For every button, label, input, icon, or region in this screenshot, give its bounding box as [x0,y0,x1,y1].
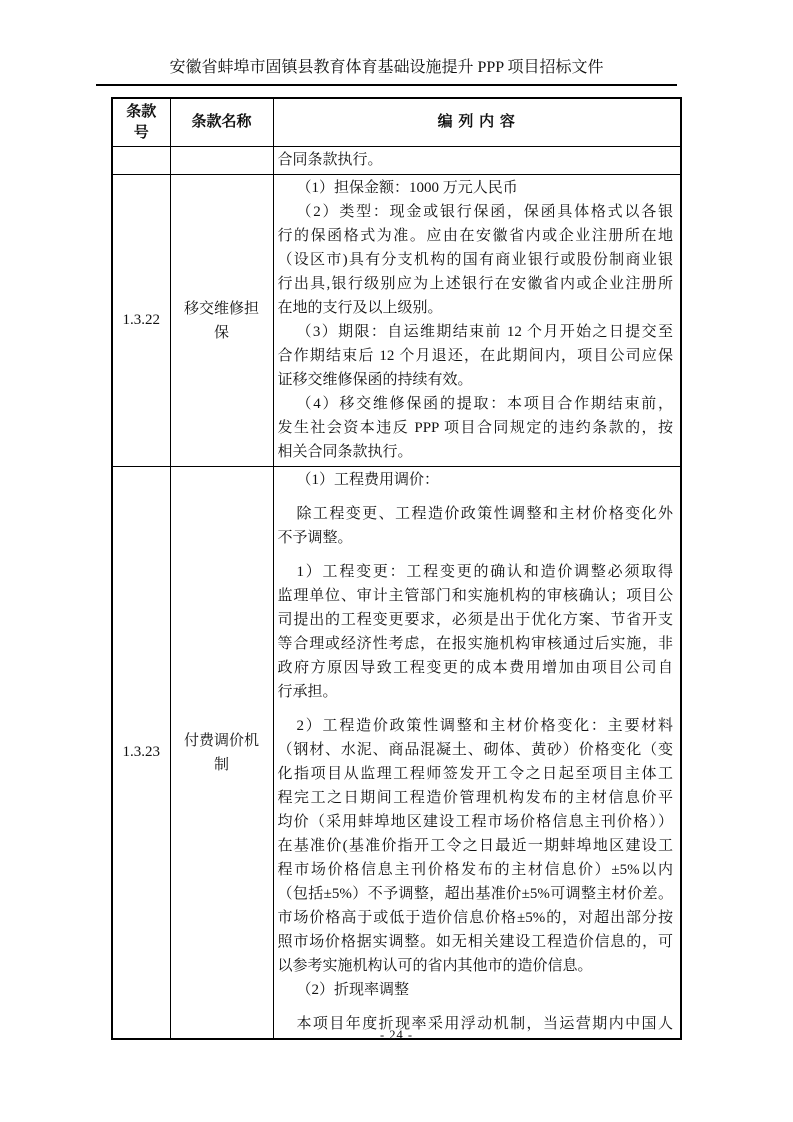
content-line: 市场价格高于或低于造价信息价格±5%的，对超出部分按 [278,906,674,930]
column-header-clause-no: 条款号 [112,98,170,147]
content-line: 行承担。 [278,680,674,704]
content-paragraph: （2）折现率调整 [278,978,674,1002]
clause-name-cell: 移交维修担保 [170,175,273,467]
content-line: 发生社会资本违反 PPP 项目合同规定的违约条款的，按 [278,416,674,440]
content-paragraph: （2）类型：现金或银行保函，保函具体格式以各银行的保函格式为准。应由在安徽省内或… [278,200,674,320]
page-number: - 24 - [0,1028,793,1043]
content-line: 以参考实施机构认可的省内其他市的造价信息。 [278,954,674,978]
content-line: 除工程变更、工程造价政策性调整和主材价格变化外 [278,502,674,526]
content-line: 照市场价格据实调整。如无相关建设工程造价信息的，可 [278,930,674,954]
content-line: 程完工之日期间工程造价管理机构发布的主材信息价平 [278,786,674,810]
clauses-table: 条款号 条款名称 编 列 内 容 合同条款执行。1.3.22移交维修担保（1）担… [111,97,682,1040]
clause-name-cell: 付费调价机制 [170,467,273,1040]
content-line: 不予调整。 [278,526,674,550]
content-paragraph: （3）期限：自运维期结束前 12 个月开始之日提交至合作期结束后 12 个月退还… [278,320,674,392]
table-row: 1.3.23付费调价机制（1）工程费用调价：除工程变更、工程造价政策性调整和主材… [112,467,681,1040]
content-line: 1）工程变更：工程变更的确认和造价调整必须取得 [278,560,674,584]
content-line: 2）工程造价政策性调整和主材价格变化：主要材料 [278,714,674,738]
content-paragraph: 合同条款执行。 [278,148,674,172]
clause-no-cell: 1.3.22 [112,175,170,467]
clause-no-cell: 1.3.23 [112,467,170,1040]
content-paragraph: （1）担保金额：1000 万元人民币 [278,176,674,200]
content-paragraph: 1）工程变更：工程变更的确认和造价调整必须取得监理单位、审计主管部门和实施机构的… [278,560,674,704]
column-header-clause-name: 条款名称 [170,98,273,147]
document-title: 安徽省蚌埠市固镇县教育体育基础设施提升 PPP 项目招标文件 [96,54,677,86]
content-line: 在基准价(基准价指开工令之日最近一期蚌埠地区建设工 [278,834,674,858]
content-line: 司提出的工程变更要求，必须是出于优化方案、节省开支 [278,608,674,632]
content-line: 程市场价格信息主刊价格发布的主材信息价）±5%以内 [278,858,674,882]
content-line: 在地的支行及以上级别。 [278,296,674,320]
table-header-row: 条款号 条款名称 编 列 内 容 [112,98,681,147]
table-row: 合同条款执行。 [112,147,681,175]
clause-name-cell [170,147,273,175]
content-line: 化指项目从监理工程师签发开工令之日起至项目主体工 [278,762,674,786]
content-line: （1）工程费用调价： [278,468,674,492]
content-line: 合同条款执行。 [278,148,674,172]
content-line: 监理单位、审计主管部门和实施机构的审核确认；项目公 [278,584,674,608]
content-paragraph: 2）工程造价政策性调整和主材价格变化：主要材料（钢材、水泥、商品混凝土、砌体、黄… [278,714,674,978]
table-row: 1.3.22移交维修担保（1）担保金额：1000 万元人民币（2）类型：现金或银… [112,175,681,467]
content-cell: 合同条款执行。 [273,147,681,175]
content-paragraph: 除工程变更、工程造价政策性调整和主材价格变化外不予调整。 [278,502,674,550]
column-header-content: 编 列 内 容 [273,98,681,147]
content-line: （1）担保金额：1000 万元人民币 [278,176,674,200]
content-line: 均价（采用蚌埠地区建设工程市场价格信息主刊价格）） [278,810,674,834]
content-line: （钢材、水泥、商品混凝土、砌体、黄砂）价格变化（变 [278,738,674,762]
content-paragraph: （4）移交维修保函的提取：本项目合作期结束前，发生社会资本违反 PPP 项目合同… [278,392,674,464]
content-paragraph: （1）工程费用调价： [278,468,674,492]
content-line: 政府方原因导致工程变更的成本费用增加由项目公司自 [278,656,674,680]
content-line: 行出具,银行级别应为上述银行在安徽省内或企业注册所 [278,272,674,296]
content-cell: （1）工程费用调价：除工程变更、工程造价政策性调整和主材价格变化外不予调整。1）… [273,467,681,1040]
content-line: 行的保函格式为准。应由在安徽省内或企业注册所在地 [278,224,674,248]
content-line: （2）折现率调整 [278,978,674,1002]
content-line: （3）期限：自运维期结束前 12 个月开始之日提交至 [278,320,674,344]
content-line: 等合理或经济性考虑，在报实施机构审核通过后实施，非 [278,632,674,656]
content-line: （2）类型：现金或银行保函，保函具体格式以各银 [278,200,674,224]
content-line: （设区市)具有分支机构的国有商业银行或股份制商业银 [278,248,674,272]
content-line: 相关合同条款执行。 [278,440,674,464]
content-line: 合作期结束后 12 个月退还，在此期间内，项目公司应保 [278,344,674,368]
content-line: 证移交维修保函的持续有效。 [278,368,674,392]
content-line: （包括±5%）不予调整，超出基准价±5%可调整主材价差。 [278,882,674,906]
content-line: （4）移交维修保函的提取：本项目合作期结束前， [278,392,674,416]
clause-no-cell [112,147,170,175]
content-cell: （1）担保金额：1000 万元人民币（2）类型：现金或银行保函，保函具体格式以各… [273,175,681,467]
